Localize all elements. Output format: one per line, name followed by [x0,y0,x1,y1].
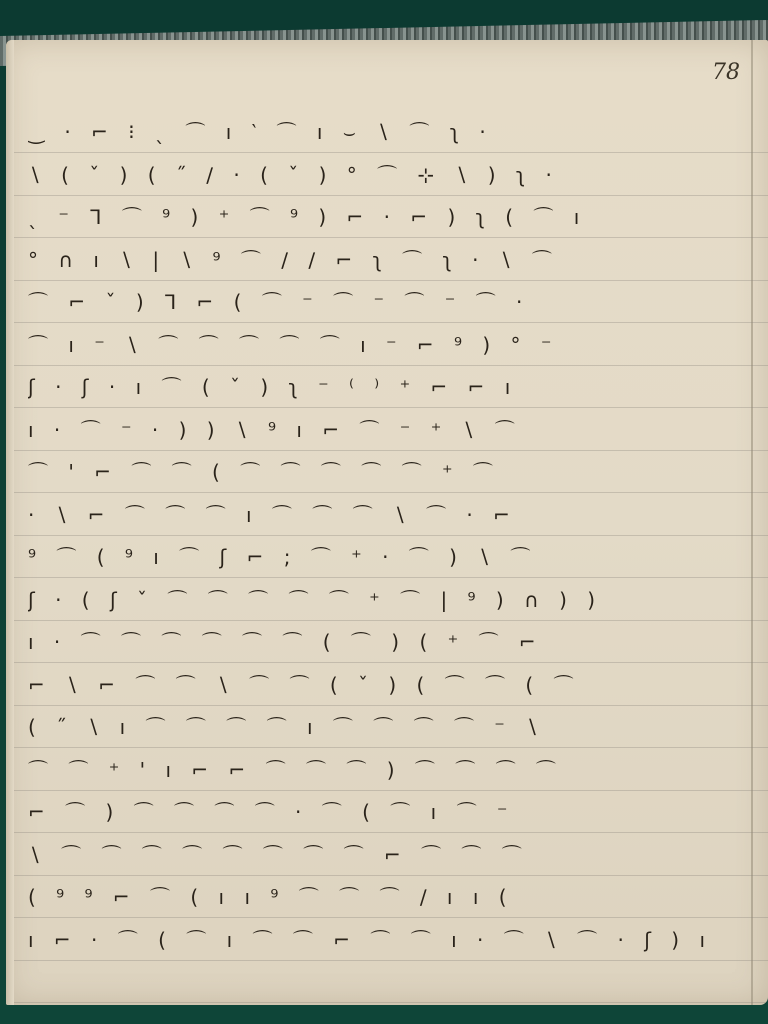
page-number: 78 [712,60,740,85]
page-edge [6,40,14,1005]
shorthand-line: ı ⌐ · ⌒ ( ⌒ ı ⌒ ⌒ ⌐ ⌒ ⌒ ı · ⌒ ∖ ⌒ · ʃ ) … [28,924,748,964]
shorthand-line: ı · ⌒ ⁻ · ) ) ∖ ⁹ ı ⌐ ⌒ ⁻ ⁺ ∖ ⌒ [28,414,748,454]
notebook-page: 78 ‿ · ⌐ ⁝ ˎ ⌒ ı ‵ ⌒ ı ⌣ ∖ ⌒ ʅ ·∖ ( ˇ ) … [6,40,768,1005]
shorthand-line: ⌒ ⌒ ⁺ ' ı ⌐ ⌐ ⌒ ⌒ ⌒ ) ⌒ ⌒ ⌒ ⌒ [28,754,748,794]
shorthand-line: ⌒ ı ⁻ ∖ ⌒ ⌒ ⌒ ⌒ ⌒ ı ⁻ ⌐ ⁹ ) ° ⁻ [28,329,748,369]
shorthand-line: ° ∩ ı ∖ | ∖ ⁹ ⌒ ∕ ∕ ⌐ ʅ ⌒ ʅ · ∖ ⌒ [28,244,748,284]
shorthand-line: ⌒ ' ⌐ ⌒ ⌒ ( ⌒ ⌒ ⌒ ⌒ ⌒ ⁺ ⌒ [28,456,748,496]
shorthand-line: ‿ · ⌐ ⁝ ˎ ⌒ ı ‵ ⌒ ı ⌣ ∖ ⌒ ʅ · [28,116,748,156]
shorthand-line: ⌒ ⌐ ˇ ) ᒣ ⌐ ( ⌒ ⁻ ⌒ ⁻ ⌒ ⁻ ⌒ · [28,286,748,326]
shorthand-line: ( ˝ ∖ ı ⌒ ⌒ ⌒ ⌒ ı ⌒ ⌒ ⌒ ⌒ ⁻ ∖ [28,711,748,751]
shorthand-line: ∖ ( ˇ ) ( ˝ ∕ · ( ˇ ) ° ⌒ ⊹ ∖ ) ʅ · [28,159,748,199]
shorthand-line: ⌐ ⌒ ) ⌒ ⌒ ⌒ ⌒ · ⌒ ( ⌒ ı ⌒ ⁻ [28,796,748,836]
shorthand-line: ʃ · ( ʃ ˇ ⌒ ⌒ ⌒ ⌒ ⌒ ⁺ ⌒ | ⁹ ) ∩ ) ) [28,584,748,624]
shorthand-line: ( ⁹ ⁹ ⌐ ⌒ ( ı ı ⁹ ⌒ ⌒ ⌒ ∕ ı ı ( [28,881,748,921]
shorthand-line: ˎ ⁻ ᒣ ⌒ ⁹ ) ⁺ ⌒ ⁹ ) ⌐ · ⌐ ) ʅ ( ⌒ ı [28,201,748,241]
margin-line [751,40,753,1005]
shorthand-line: ı · ⌒ ⌒ ⌒ ⌒ ⌒ ⌒ ( ⌒ ) ( ⁺ ⌒ ⌐ [28,626,748,666]
shorthand-line: ʃ · ʃ · ı ⌒ ( ˇ ) ʅ ⁻ ⁽ ⁾ ⁺ ⌐ ⌐ ı [28,371,748,411]
shorthand-line: ⌐ ∖ ⌐ ⌒ ⌒ ∖ ⌒ ⌒ ( ˇ ) ( ⌒ ⌒ ( ⌒ [28,669,748,709]
shorthand-line: ⁹ ⌒ ( ⁹ ı ⌒ ʃ ⌐ ; ⌒ ⁺ · ⌒ ) ∖ ⌒ [28,541,748,581]
ruled-line [14,1002,768,1003]
shorthand-line: · ∖ ⌐ ⌒ ⌒ ⌒ ı ⌒ ⌒ ⌒ ∖ ⌒ · ⌐ [28,499,748,539]
shorthand-line: ∖ ⌒ ⌒ ⌒ ⌒ ⌒ ⌒ ⌒ ⌒ ⌐ ⌒ ⌒ ⌒ [28,839,748,879]
